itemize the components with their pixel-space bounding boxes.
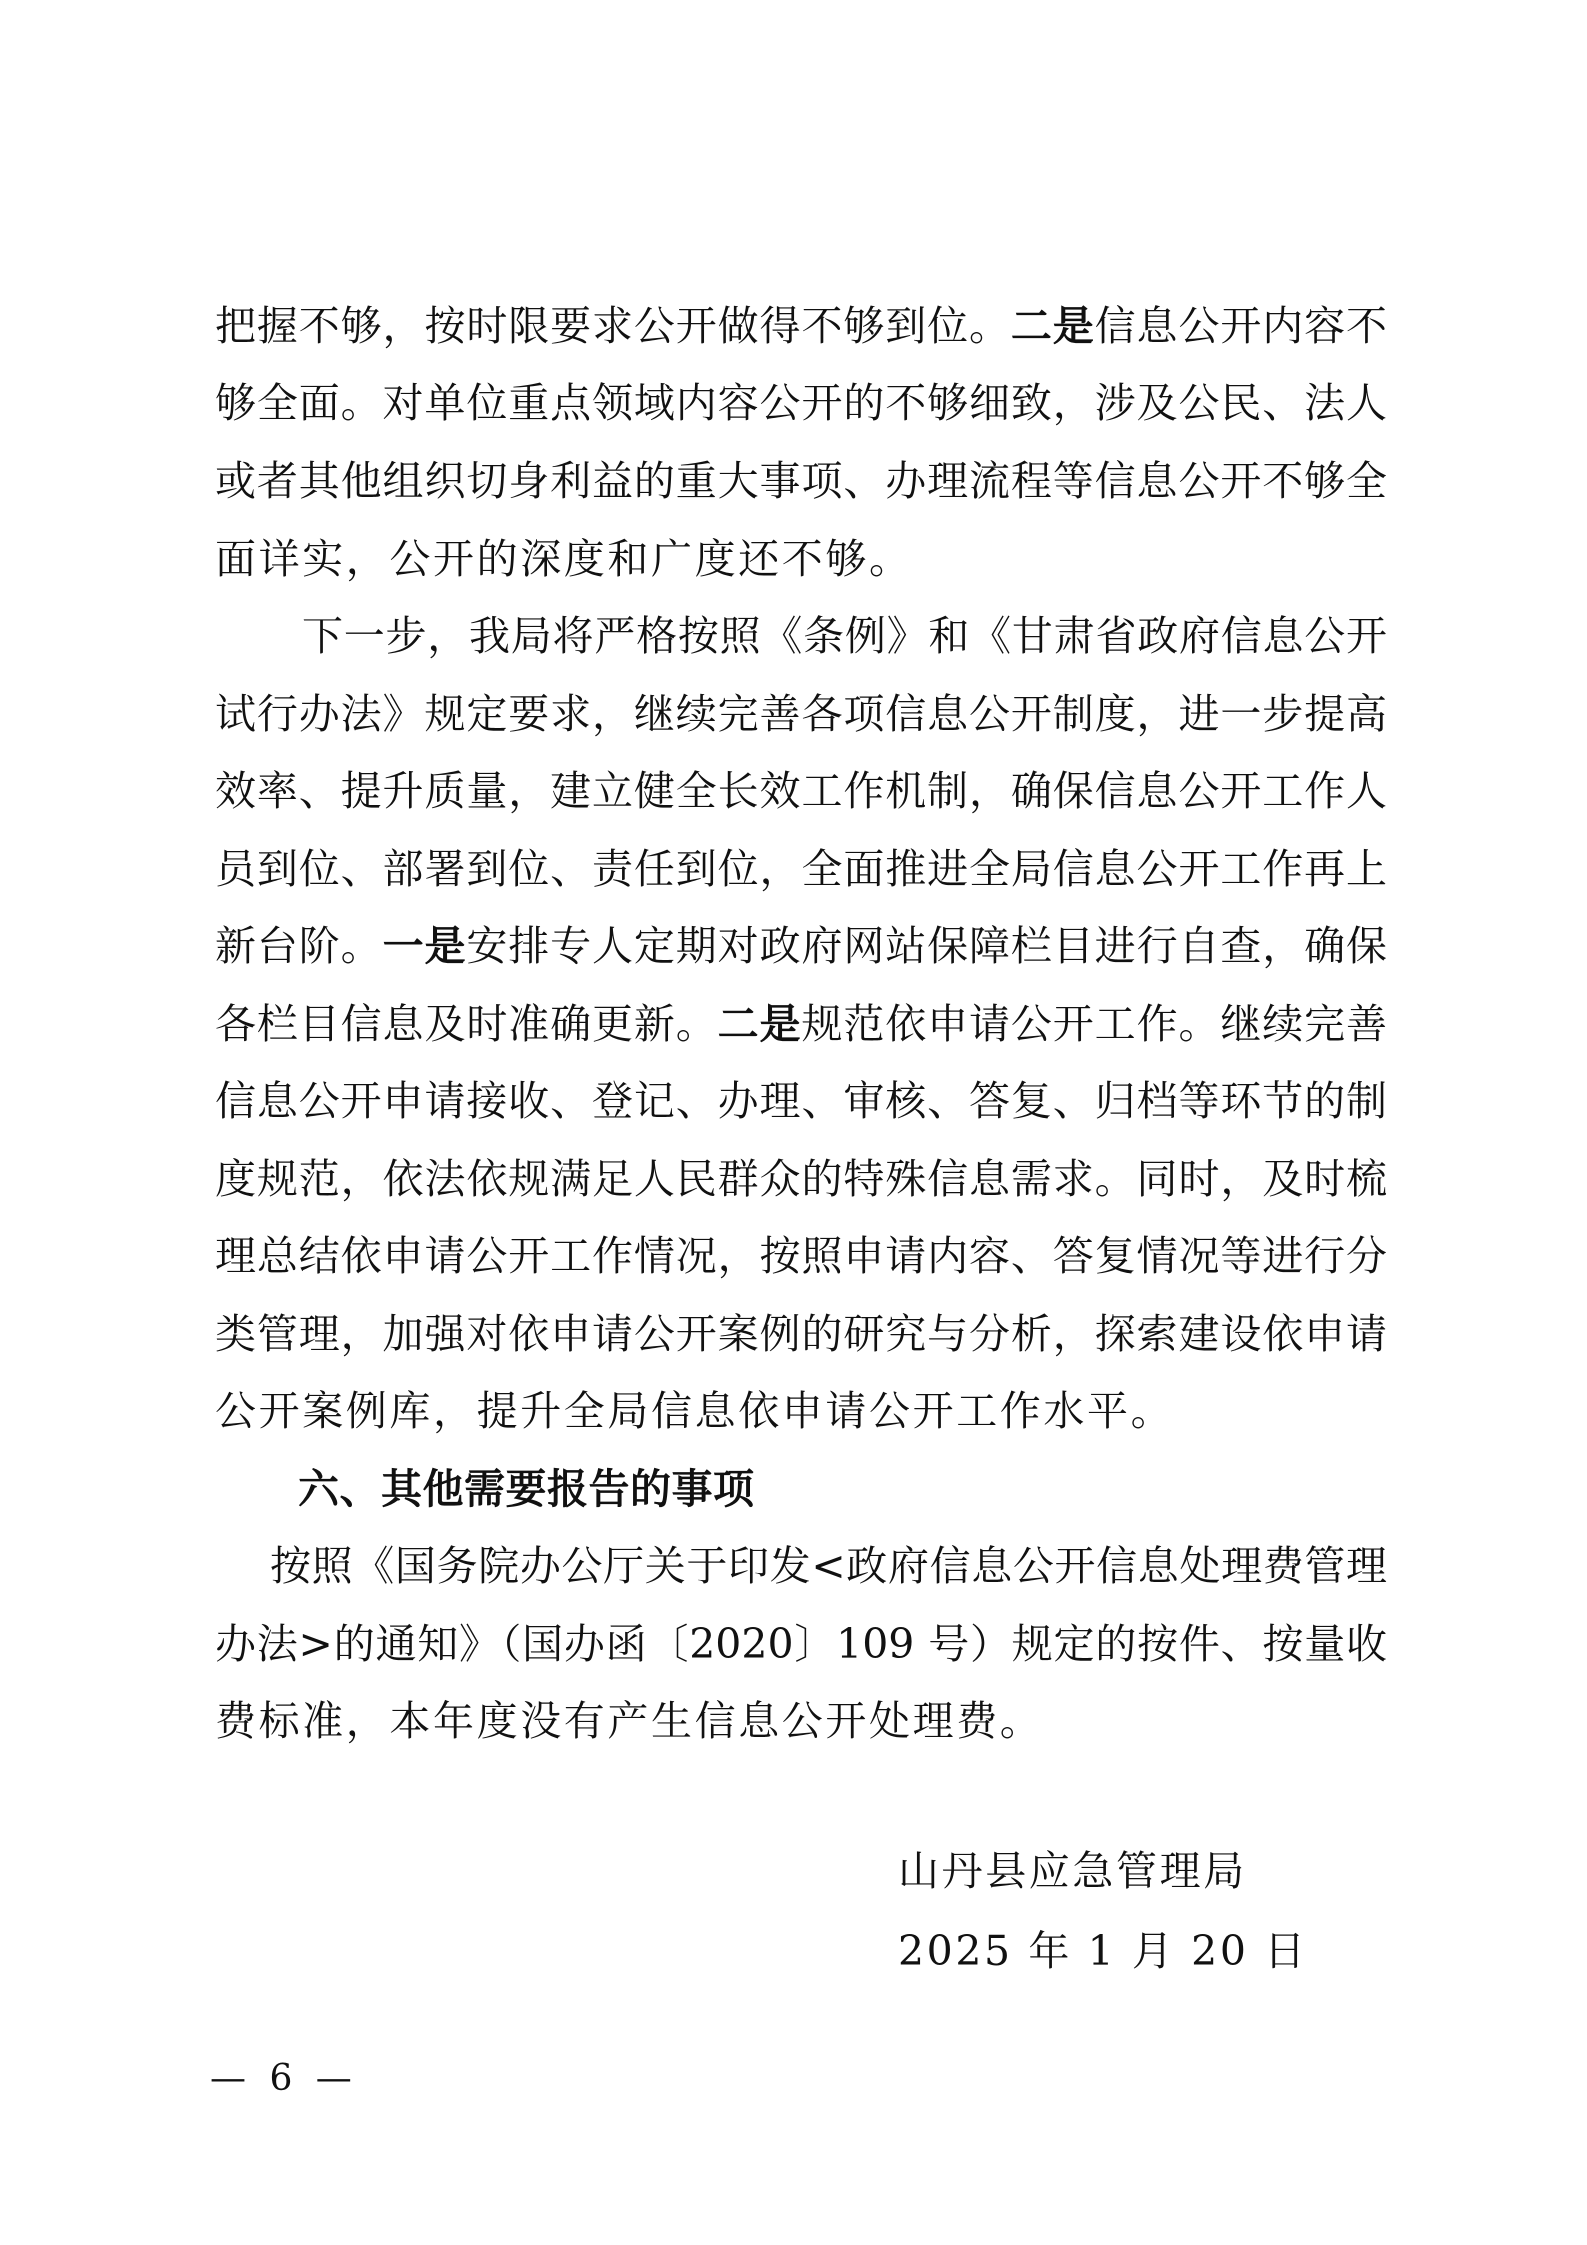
- paragraph-line: 办法>的通知》（国办函〔2020〕109 号）规定的按件、按量收: [215, 1616, 1387, 1672]
- emphasis-text: 一是: [383, 922, 467, 970]
- paragraph-line: 类管理，加强对依申请公开案例的研究与分析，探索建设依申请: [215, 1306, 1387, 1362]
- signature-organization: 山丹县应急管理局: [898, 1843, 1247, 1899]
- paragraph-line: 员到位、部署到位、责任到位，全面推进全局信息公开工作再上: [215, 841, 1387, 897]
- paragraph-line: 新台阶。一是安排专人定期对政府网站保障栏目进行自查，确保: [215, 918, 1387, 974]
- paragraph-line: 把握不够，按时限要求公开做得不够到位。二是信息公开内容不: [215, 298, 1387, 354]
- paragraph-line: 面详实，公开的深度和广度还不够。: [215, 531, 1387, 587]
- paragraph-line: 或者其他组织切身利益的重大事项、办理流程等信息公开不够全: [215, 453, 1387, 509]
- line-text: 各栏目信息及时准确更新。: [215, 1000, 718, 1048]
- paragraph-line: 下一步，我局将严格按照《条例》和《甘肃省政府信息公开: [302, 608, 1387, 664]
- paragraph-line: 各栏目信息及时准确更新。二是规范依申请公开工作。继续完善: [215, 996, 1387, 1052]
- signature-date: 2025 年 1 月 20 日: [898, 1923, 1308, 1979]
- line-text: 把握不够，按时限要求公开做得不够到位。: [215, 302, 1011, 350]
- paragraph-line: 信息公开申请接收、登记、办理、审核、答复、归档等环节的制: [215, 1073, 1387, 1129]
- paragraph-line: 按照《国务院办公厅关于印发<政府信息公开信息处理费管理: [270, 1538, 1387, 1594]
- paragraph-line: 理总结依申请公开工作情况，按照申请内容、答复情况等进行分: [215, 1228, 1387, 1284]
- page-number: — 6 —: [210, 2054, 358, 2104]
- line-text: 信息公开内容不: [1095, 302, 1387, 350]
- paragraph-line: 够全面。对单位重点领域内容公开的不够细致，涉及公民、法人: [215, 375, 1387, 431]
- paragraph-line: 公开案例库，提升全局信息依申请公开工作水平。: [215, 1383, 1387, 1439]
- paragraph-line: 费标准，本年度没有产生信息公开处理费。: [215, 1693, 1387, 1749]
- emphasis-text: 二是: [718, 1000, 802, 1048]
- document-page: 把握不够，按时限要求公开做得不够到位。二是信息公开内容不 够全面。对单位重点领域…: [0, 0, 1587, 2245]
- line-text: 新台阶。: [215, 922, 383, 970]
- paragraph-line: 试行办法》规定要求，继续完善各项信息公开制度，进一步提高: [215, 686, 1387, 742]
- emphasis-text: 二是: [1011, 302, 1095, 350]
- line-text: 安排专人定期对政府网站保障栏目进行自查，确保: [466, 922, 1387, 970]
- paragraph-line: 度规范，依法依规满足人民群众的特殊信息需求。同时，及时梳: [215, 1151, 1387, 1207]
- section-heading: 六、其他需要报告的事项: [298, 1461, 755, 1517]
- line-text: 规范依申请公开工作。继续完善: [801, 1000, 1387, 1048]
- paragraph-line: 效率、提升质量，建立健全长效工作机制，确保信息公开工作人: [215, 763, 1387, 819]
